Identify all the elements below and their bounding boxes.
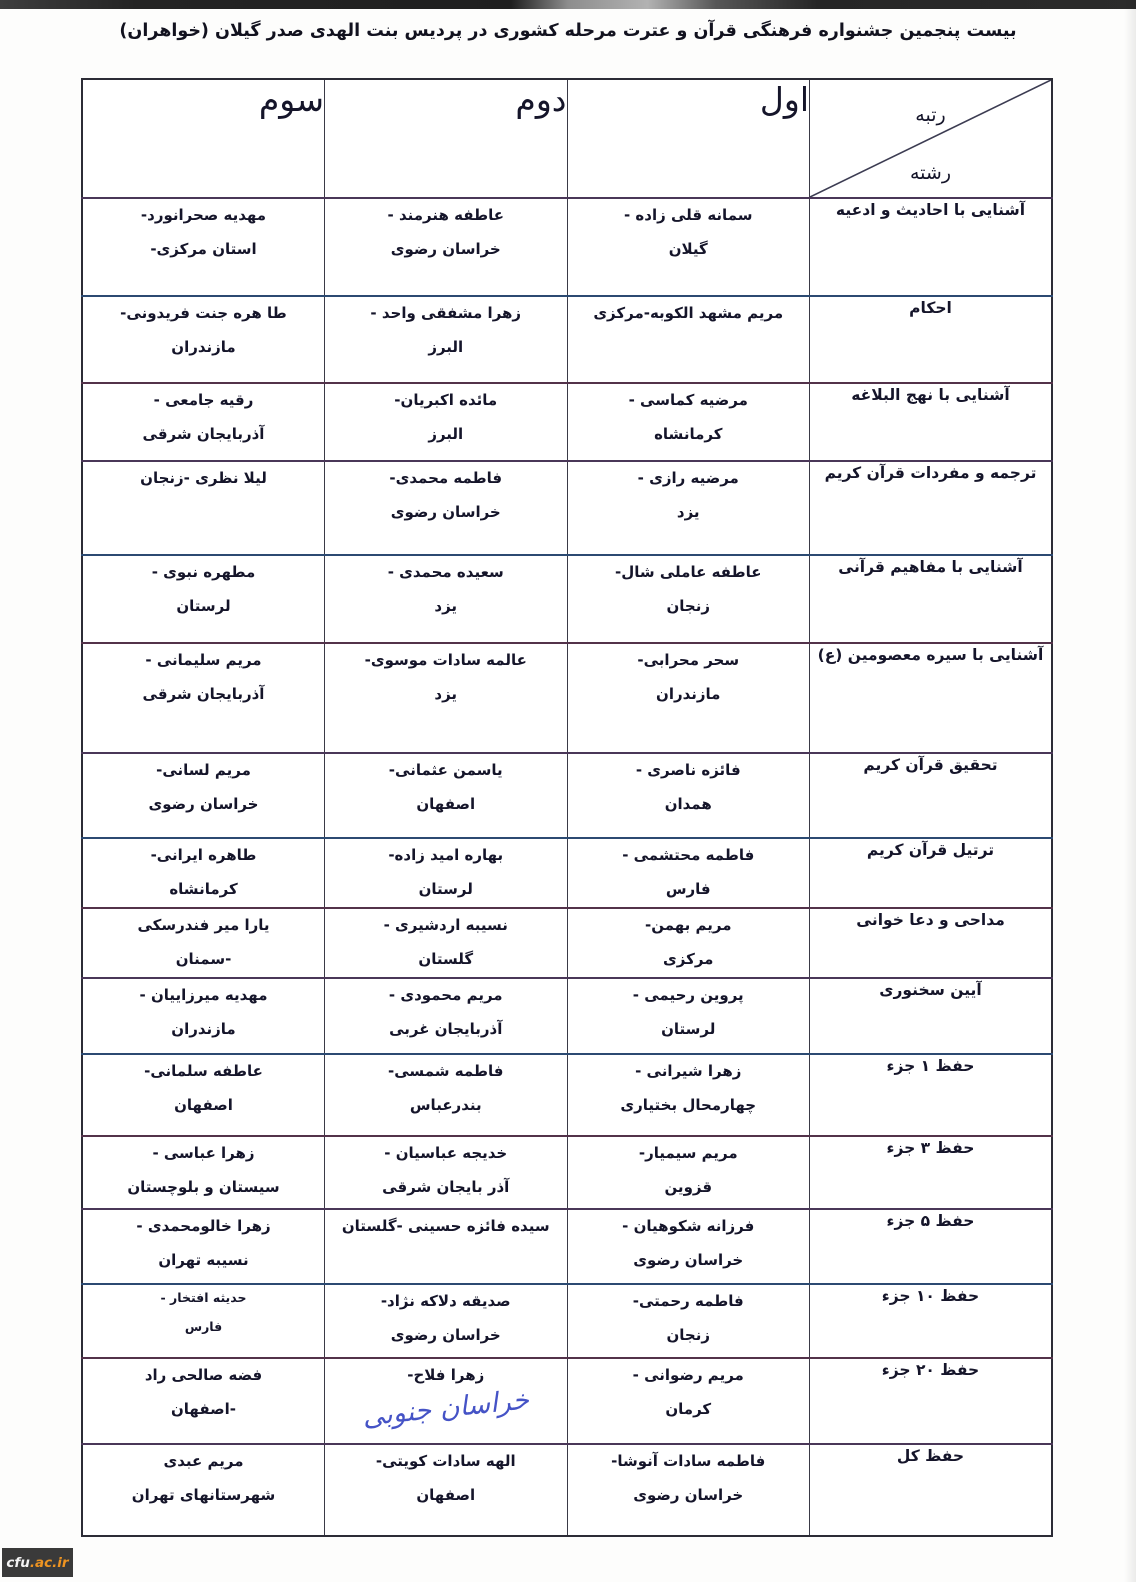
results-table-body: آشنایی با احادیث و ادعیهسمانه قلی زاده -… (82, 198, 1052, 1536)
winner-text-line: زهرا شیرانی - (568, 1055, 810, 1089)
winner-text-line: فاطمه محمدی- (325, 462, 567, 496)
first-place-cell: فاطمه سادات آنوشا-خراسان رضوی (567, 1444, 810, 1536)
watermark-prefix: cfu (6, 1555, 30, 1571)
winner-text-line: فاطمه محتشمی - (568, 839, 810, 873)
field-cell: ترجمه و مفردات قرآن کریم (810, 461, 1053, 555)
second-place-cell: زهرا فلاح-خراسان جنوبی (325, 1358, 568, 1444)
field-label: آشنایی با احادیث و ادعیه (810, 199, 1051, 221)
winner-text-line: خراسان رضوی (568, 1479, 810, 1513)
results-table-header: رتبه رشته اول دوم سوم (82, 79, 1052, 198)
field-cell: آیین سخنوری (810, 978, 1053, 1054)
corner-header-cell: رتبه رشته (810, 79, 1053, 198)
winner-text-line: مازندران (568, 678, 810, 712)
field-label: احکام (810, 297, 1051, 319)
third-place-cell: مطهره نبوی -لرستان (82, 555, 325, 643)
table-row: احکاممریم مشهد الکوبه-مرکزیزهرا مشفقی وا… (82, 296, 1052, 383)
second-place-cell: مائده اکبریان-البرز (325, 383, 568, 461)
first-place-cell: زهرا شیرانی -چهارمحال بختیاری (567, 1054, 810, 1136)
field-cell: حفظ کل (810, 1444, 1053, 1536)
third-place-cell: رقیه جامعی -آذربایجان شرقی (82, 383, 325, 461)
table-row: آشنایی با احادیث و ادعیهسمانه قلی زاده -… (82, 198, 1052, 296)
first-place-cell: مریم بهمن-مرکزی (567, 908, 810, 978)
winner-text-line: پروین رحیمی - (568, 979, 810, 1013)
first-place-cell: مریم سیمیار-قزوین (567, 1136, 810, 1209)
winner-text-line: البرز (325, 418, 567, 452)
winner-text-line: چهارمحال بختیاری (568, 1089, 810, 1123)
winner-text-line: فاطمه شمسی- (325, 1055, 567, 1089)
winner-text-line: سیده فائزه حسینی -گلستان (325, 1210, 567, 1244)
winner-text-line: مریم رضوانی - (568, 1359, 810, 1393)
winner-text-line: خراسان رضوی (568, 1244, 810, 1278)
winner-text-line: اصفهان (325, 788, 567, 822)
winner-text-line: مریم بهمن- (568, 909, 810, 943)
field-cell: حفظ ۲۰ جزء (810, 1358, 1053, 1444)
winner-text-line: طا هره جنت فریدونی- (83, 297, 324, 331)
second-place-cell: عالمه سادات موسوی-یزد (325, 643, 568, 753)
winner-text-line: عاطفه هنرمند - (325, 199, 567, 233)
winner-text-line: زهرا مشفقی واحد - (325, 297, 567, 331)
winner-text-line: فاطمه سادات آنوشا- (568, 1445, 810, 1479)
third-place-cell: یارا میر فندرسکی-سمنان (82, 908, 325, 978)
field-label: ترتیل قرآن کریم (810, 839, 1051, 861)
winner-text-line: فائزه ناصری - (568, 754, 810, 788)
winner-text-line: مازندران (83, 331, 324, 365)
winner-text-line: اصفهان (325, 1479, 567, 1513)
field-cell: آشنایی با نهج البلاغه (810, 383, 1053, 461)
winner-text-line: طاهره ایرانی- (83, 839, 324, 873)
winner-text-line: نسیبه اردشیری - (325, 909, 567, 943)
first-place-cell: عاطفه عاملی شال-زنجان (567, 555, 810, 643)
table-row: حفظ ۲۰ جزءمریم رضوانی -کرمانزهرا فلاح-خر… (82, 1358, 1052, 1444)
winner-text-line: مرکزی (568, 943, 810, 977)
field-label: آشنایی با نهج البلاغه (810, 384, 1051, 406)
field-label: حفظ ۲۰ جزء (810, 1359, 1051, 1381)
winner-text-line: مریم محمودی - (325, 979, 567, 1013)
document-title: بیست پنجمین جشنواره فرهنگی قرآن و عترت م… (0, 21, 1136, 41)
winner-text-line: مرضیه رازی - (568, 462, 810, 496)
winner-text-line: مائده اکبریان- (325, 384, 567, 418)
winner-text-line: -اصفهان (83, 1393, 324, 1427)
table-row: آشنایی با مفاهیم قرآنیعاطفه عاملی شال-زن… (82, 555, 1052, 643)
first-place-cell: مریم مشهد الکوبه-مرکزی (567, 296, 810, 383)
first-place-cell: فائزه ناصری -همدان (567, 753, 810, 838)
table-row: آشنایی با نهج البلاغهمرضیه کماسی -کرمانش… (82, 383, 1052, 461)
second-place-cell: زهرا مشفقی واحد -البرز (325, 296, 568, 383)
second-place-cell: فاطمه محمدی-خراسان رضوی (325, 461, 568, 555)
first-place-cell: مرضیه کماسی -کرمانشاه (567, 383, 810, 461)
table-row: حفظ ۱ جزءزهرا شیرانی -چهارمحال بختیاریفا… (82, 1054, 1052, 1136)
winner-text-line: آذر بایجان شرقی (325, 1171, 567, 1205)
winner-text-line: بندرعباس (325, 1089, 567, 1123)
field-label: حفظ ۳ جزء (810, 1137, 1051, 1159)
field-cell: حفظ ۵ جزء (810, 1209, 1053, 1284)
winner-text-line: فضه صالحی راد (83, 1359, 324, 1393)
first-place-cell: سمانه قلی زاده -گیلان (567, 198, 810, 296)
second-place-cell: نسیبه اردشیری -گلستان (325, 908, 568, 978)
scan-artifact-strip (0, 0, 1136, 9)
first-place-cell: مرضیه رازی -یزد (567, 461, 810, 555)
field-cell: احکام (810, 296, 1053, 383)
field-label: آشنایی با سیره معصومین (ع) (810, 644, 1051, 666)
winner-text-line: سمانه قلی زاده - (568, 199, 810, 233)
winner-text-line: یزد (325, 590, 567, 624)
winner-text-line: کرمانشاه (83, 873, 324, 907)
table-row: آیین سخنوریپروین رحیمی -لرستانمریم محمود… (82, 978, 1052, 1054)
field-cell: آشنایی با احادیث و ادعیه (810, 198, 1053, 296)
winner-text-line: حدیثه افتخار - (83, 1285, 324, 1314)
third-place-cell: فضه صالحی راد-اصفهان (82, 1358, 325, 1444)
first-place-cell: فرزانه شکوهیان -خراسان رضوی (567, 1209, 810, 1284)
field-label: حفظ ۵ جزء (810, 1210, 1051, 1232)
rank-header-third: سوم (82, 79, 325, 198)
winner-text-line: زهرا عباسی - (83, 1137, 324, 1171)
table-row: آشنایی با سیره معصومین (ع)سحر محرابی-ماز… (82, 643, 1052, 753)
first-place-cell: مریم رضوانی -کرمان (567, 1358, 810, 1444)
winner-text-line: آذربایجان شرقی (83, 678, 324, 712)
third-place-cell: مریم سلیمانی -آذربایجان شرقی (82, 643, 325, 753)
third-place-cell: مریم عبدیشهرستانهای تهران (82, 1444, 325, 1536)
winner-text-line: کرمانشاه (568, 418, 810, 452)
field-label: حفظ کل (810, 1445, 1051, 1467)
page-edge-shading (1124, 0, 1136, 1582)
winner-text-line: مریم لسانی- (83, 754, 324, 788)
second-place-cell: صدیقه دلاکه نژاد-خراسان رضوی (325, 1284, 568, 1358)
winner-text-line: لیلا نظری -زنجان (83, 462, 324, 496)
site-watermark: cfu.ac.ir (2, 1548, 73, 1577)
third-place-cell: مهدیه صحرانورد-استان مرکزی- (82, 198, 325, 296)
winner-text-line: فرزانه شکوهیان - (568, 1210, 810, 1244)
winner-text-line: عالمه سادات موسوی- (325, 644, 567, 678)
field-label: آشنایی با مفاهیم قرآنی (810, 556, 1051, 578)
winner-text-line: زنجان (568, 1319, 810, 1353)
winner-text-line: سیستان و بلوچستان (83, 1171, 324, 1205)
winner-text-line: زنجان (568, 590, 810, 624)
winner-text-line: گیلان (568, 233, 810, 267)
winner-text-line: مریم سیمیار- (568, 1137, 810, 1171)
winner-text-line: خدیجه عباسیان - (325, 1137, 567, 1171)
winner-text-line: رقیه جامعی - (83, 384, 324, 418)
third-place-cell: عاطفه سلمانی-اصفهان (82, 1054, 325, 1136)
third-place-cell: لیلا نظری -زنجان (82, 461, 325, 555)
table-row: ترتیل قرآن کریمفاطمه محتشمی -فارسبهاره ا… (82, 838, 1052, 908)
first-place-cell: فاطمه محتشمی -فارس (567, 838, 810, 908)
first-place-cell: سحر محرابی-مازندران (567, 643, 810, 753)
winner-text-line: فاطمه رحمتی- (568, 1285, 810, 1319)
third-place-cell: زهرا خالومحمدی -نسیبه تهران (82, 1209, 325, 1284)
winner-text-line: سحر محرابی- (568, 644, 810, 678)
table-row: ترجمه و مفردات قرآن کریممرضیه رازی -یزدف… (82, 461, 1052, 555)
winner-text-line: قزوین (568, 1171, 810, 1205)
corner-label-field: رشته (810, 162, 1051, 184)
table-row: حفظ ۳ جزءمریم سیمیار-قزوینخدیجه عباسیان … (82, 1136, 1052, 1209)
second-place-cell: خدیجه عباسیان -آذر بایجان شرقی (325, 1136, 568, 1209)
third-place-cell: طا هره جنت فریدونی-مازندران (82, 296, 325, 383)
winner-text-line: مرضیه کماسی - (568, 384, 810, 418)
winner-text-line: مهدیه صحرانورد- (83, 199, 324, 233)
second-place-cell: الهه سادات کویتی-اصفهان (325, 1444, 568, 1536)
field-cell: ترتیل قرآن کریم (810, 838, 1053, 908)
winner-text-line: سعیده محمدی - (325, 556, 567, 590)
second-place-cell: عاطفه هنرمند -خراسان رضوی (325, 198, 568, 296)
first-place-cell: پروین رحیمی -لرستان (567, 978, 810, 1054)
field-cell: آشنایی با مفاهیم قرآنی (810, 555, 1053, 643)
winner-text-line: لرستان (325, 873, 567, 907)
winner-text-line: کرمان (568, 1393, 810, 1427)
watermark-suffix: .ac.ir (30, 1555, 69, 1571)
winner-text-line: گلستان (325, 943, 567, 977)
winner-text-line: آذربایجان غربی (325, 1013, 567, 1047)
field-label: ترجمه و مفردات قرآن کریم (810, 462, 1051, 484)
winner-text-line: لرستان (568, 1013, 810, 1047)
winner-text-line: مهدیه میرزاییان - (83, 979, 324, 1013)
field-label: حفظ ۱۰ جزء (810, 1285, 1051, 1307)
second-place-cell: یاسمن عثمانی-اصفهان (325, 753, 568, 838)
winner-text-line: مطهره نبوی - (83, 556, 324, 590)
second-place-cell: مریم محمودی -آذربایجان غربی (325, 978, 568, 1054)
winner-text-line: خراسان رضوی (325, 1319, 567, 1353)
winner-text-line: البرز (325, 331, 567, 365)
winner-text-line: مریم سلیمانی - (83, 644, 324, 678)
winner-text-line: فارس (568, 873, 810, 907)
winner-text-line: صدیقه دلاکه نژاد- (325, 1285, 567, 1319)
results-table: رتبه رشته اول دوم سوم آشنایی با احادیث و… (81, 78, 1053, 1537)
winner-text-line: مریم مشهد الکوبه-مرکزی (568, 297, 810, 331)
winner-text-line: خراسان رضوی (325, 496, 567, 530)
winner-text-line: زهرا خالومحمدی - (83, 1210, 324, 1244)
field-label: مداحی و دعا خوانی (810, 909, 1051, 931)
winner-text-line: همدان (568, 788, 810, 822)
winner-text-line: شهرستانهای تهران (83, 1479, 324, 1513)
field-label: تحقیق قرآن کریم (810, 754, 1051, 776)
table-row: مداحی و دعا خوانیمریم بهمن-مرکزینسیبه ار… (82, 908, 1052, 978)
winner-text-line: مازندران (83, 1013, 324, 1047)
winner-text-line: یزد (325, 678, 567, 712)
field-cell: حفظ ۱ جزء (810, 1054, 1053, 1136)
header-row: رتبه رشته اول دوم سوم (82, 79, 1052, 198)
winner-text-line: الهه سادات کویتی- (325, 1445, 567, 1479)
second-place-cell: سعیده محمدی -یزد (325, 555, 568, 643)
winner-text-line: فارس (83, 1314, 324, 1343)
winner-text-line: یزد (568, 496, 810, 530)
field-cell: آشنایی با سیره معصومین (ع) (810, 643, 1053, 753)
winner-text-line: اصفهان (83, 1089, 324, 1123)
second-place-cell: سیده فائزه حسینی -گلستان (325, 1209, 568, 1284)
third-place-cell: حدیثه افتخار -فارس (82, 1284, 325, 1358)
table-row: حفظ ۱۰ جزءفاطمه رحمتی-زنجانصدیقه دلاکه ن… (82, 1284, 1052, 1358)
winner-text-line: بهاره امید زاده- (325, 839, 567, 873)
winner-text-line: مریم عبدی (83, 1445, 324, 1479)
winner-text-line: عاطفه سلمانی- (83, 1055, 324, 1089)
table-row: حفظ ۵ جزءفرزانه شکوهیان -خراسان رضویسیده… (82, 1209, 1052, 1284)
third-place-cell: طاهره ایرانی-کرمانشاه (82, 838, 325, 908)
winner-text-line: لرستان (83, 590, 324, 624)
first-place-cell: فاطمه رحمتی-زنجان (567, 1284, 810, 1358)
table-row: تحقیق قرآن کریمفائزه ناصری -همدانیاسمن ع… (82, 753, 1052, 838)
rank-header-first: اول (567, 79, 810, 198)
third-place-cell: مهدیه میرزاییان -مازندران (82, 978, 325, 1054)
field-cell: مداحی و دعا خوانی (810, 908, 1053, 978)
field-cell: حفظ ۳ جزء (810, 1136, 1053, 1209)
winner-text-line: -سمنان (83, 943, 324, 977)
winner-text-line: عاطفه عاملی شال- (568, 556, 810, 590)
field-label: آیین سخنوری (810, 979, 1051, 1001)
winner-text-line: استان مرکزی- (83, 233, 324, 267)
third-place-cell: مریم لسانی-خراسان رضوی (82, 753, 325, 838)
winner-text-line: خراسان رضوی (83, 788, 324, 822)
third-place-cell: زهرا عباسی -سیستان و بلوچستان (82, 1136, 325, 1209)
rank-header-second: دوم (325, 79, 568, 198)
winner-text-line: یارا میر فندرسکی (83, 909, 324, 943)
table-row: حفظ کلفاطمه سادات آنوشا-خراسان رضویالهه … (82, 1444, 1052, 1536)
field-cell: حفظ ۱۰ جزء (810, 1284, 1053, 1358)
winner-text-line: نسیبه تهران (83, 1244, 324, 1278)
winner-text-line: آذربایجان شرقی (83, 418, 324, 452)
second-place-cell: بهاره امید زاده-لرستان (325, 838, 568, 908)
winner-text-line: یاسمن عثمانی- (325, 754, 567, 788)
second-place-cell: فاطمه شمسی-بندرعباس (325, 1054, 568, 1136)
field-label: حفظ ۱ جزء (810, 1055, 1051, 1077)
corner-label-rank: رتبه (810, 104, 1051, 126)
winner-text-line: خراسان رضوی (325, 233, 567, 267)
field-cell: تحقیق قرآن کریم (810, 753, 1053, 838)
